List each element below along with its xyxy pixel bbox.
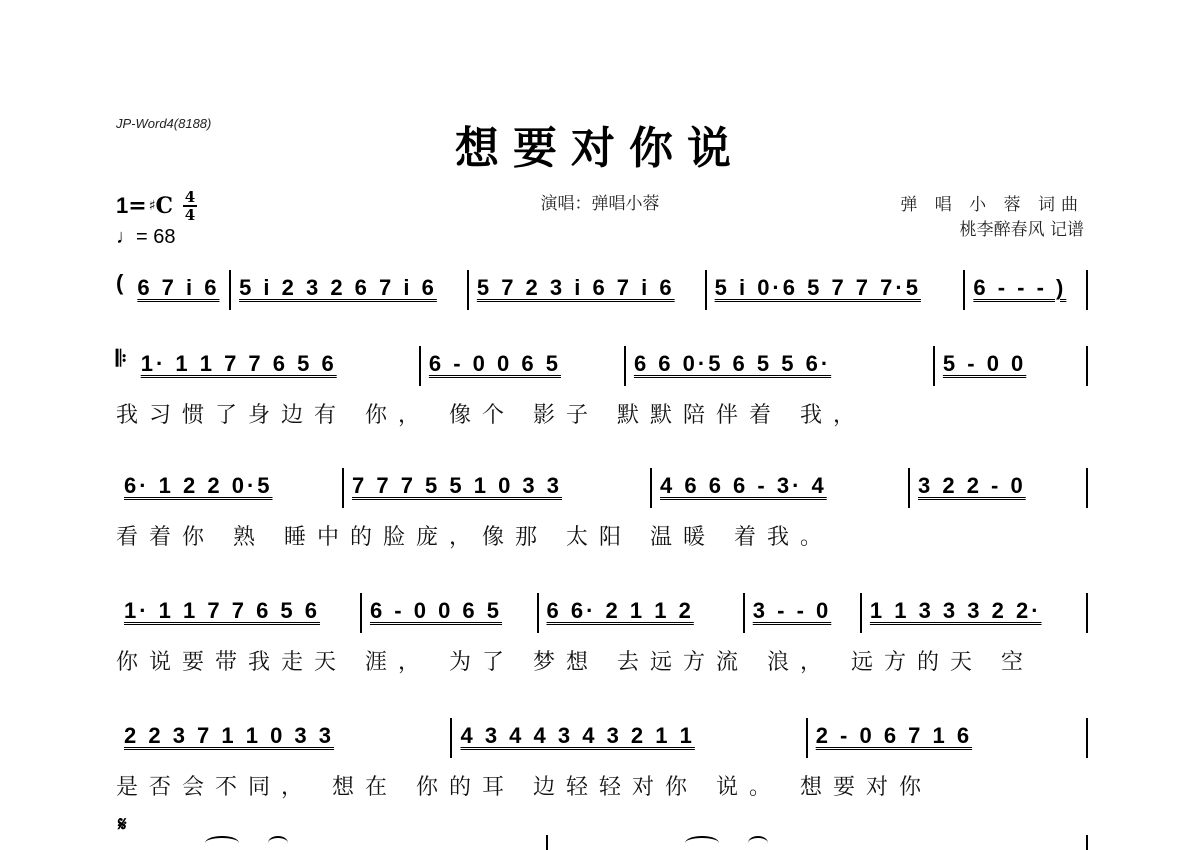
- measure: 2 2 3 7 1 1 0 3 3: [116, 718, 452, 758]
- measure: 2 - 0 6 7 1 6: [808, 718, 1088, 758]
- key-equals: =: [128, 193, 146, 219]
- score-line-1: ( 6 7 i 6 5 i 2 3 2 6 7 i 6 5 7 2 3 i 6 …: [116, 270, 1088, 310]
- measure: 6 6· 2 1 1 2: [539, 593, 745, 633]
- song-title: 想要对你说: [0, 112, 1200, 176]
- measure: 6 - 0 0 6 5: [362, 593, 539, 633]
- slur-arc: [685, 836, 719, 850]
- measure: 6· 1 2 2 0·5: [116, 468, 344, 508]
- measure: 3 - - 0: [745, 593, 862, 633]
- time-signature-top: 4: [185, 190, 195, 204]
- time-signature-bottom: 4: [185, 208, 195, 222]
- segno-icon: 𝄋: [118, 812, 127, 836]
- time-signature: 4 4: [183, 190, 197, 222]
- measure: 4 3 4 4 3 4 3 2 1 1: [452, 718, 807, 758]
- slur-arc: [748, 836, 768, 850]
- sharp-icon: ♯: [149, 198, 156, 214]
- key-note: C: [155, 193, 173, 219]
- score-line-4: 1· 1 1 7 7 6 5 6 6 - 0 0 6 5 6 6· 2 1 1 …: [116, 593, 1088, 633]
- measure: 3 2 2 - 0: [910, 468, 1088, 508]
- key-signature: 1 = ♯ C 4 4: [116, 190, 197, 222]
- tempo-marking: ♩= 68: [116, 226, 175, 249]
- measure: 1· 1 1 7 7 6 5 6: [133, 346, 421, 386]
- measure: 6 6 0·5 6 5 5 6·: [626, 346, 935, 386]
- measure: 6 7 i 6: [129, 270, 231, 310]
- measure: 5 i 2 3 2 6 7 i 6: [231, 270, 469, 310]
- lyrics-line-3: 看着你 熟 睡中的脸庞，像那 太阳 温暖 着我。: [116, 520, 1088, 551]
- barline: [1086, 835, 1088, 850]
- score-line-2: 𝄆 1· 1 1 7 7 6 5 6 6 - 0 0 6 5 6 6 0·5 6…: [116, 346, 1088, 386]
- credits: 弹 唱 小 蓉 词曲 桃李醉春风 记谱: [900, 193, 1084, 243]
- measure: 5 7 2 3 i 6 7 i 6: [469, 270, 707, 310]
- barline: [546, 835, 548, 850]
- measure: 7 7 7 5 5 1 0 3 3: [344, 468, 652, 508]
- lyricist-composer-credit: 弹 唱 小 蓉 词曲: [900, 193, 1084, 218]
- intro-paren: (: [116, 270, 123, 296]
- slur-arc: [268, 836, 288, 850]
- score-line-6-partial: [116, 835, 1088, 850]
- measure: 5 i 0·6 5 7 7 7·5: [707, 270, 966, 310]
- measure: 1· 1 1 7 7 6 5 6: [116, 593, 362, 633]
- repeat-start-icon: 𝄆: [116, 346, 127, 372]
- lyrics-line-5: 是否会不同， 想在 你的耳 边轻轻对你 说。 想要对你: [116, 770, 1088, 801]
- measure: 6 - 0 0 6 5: [421, 346, 626, 386]
- measure: 4 6 6 6 - 3· 4: [652, 468, 910, 508]
- measure: 5 - 0 0: [935, 346, 1088, 386]
- lyrics-line-2: 我习惯了身边有 你， 像个 影子 默默陪伴着 我，: [116, 398, 1088, 429]
- measure: 6 - - - ): [965, 270, 1088, 310]
- key-tonic-number: 1: [116, 193, 128, 219]
- lyrics-line-4: 你说要带我走天 涯， 为了 梦想 去远方流 浪， 远方的天 空: [116, 645, 1088, 676]
- score-line-5: 2 2 3 7 1 1 0 3 3 4 3 4 4 3 4 3 2 1 1 2 …: [116, 718, 1088, 758]
- measure: 1 1 3 3 3 2 2·: [862, 593, 1088, 633]
- slur-arc: [205, 836, 239, 850]
- score-line-3: 6· 1 2 2 0·5 7 7 7 5 5 1 0 3 3 4 6 6 6 -…: [116, 468, 1088, 508]
- transcriber-credit: 桃李醉春风 记谱: [900, 218, 1084, 243]
